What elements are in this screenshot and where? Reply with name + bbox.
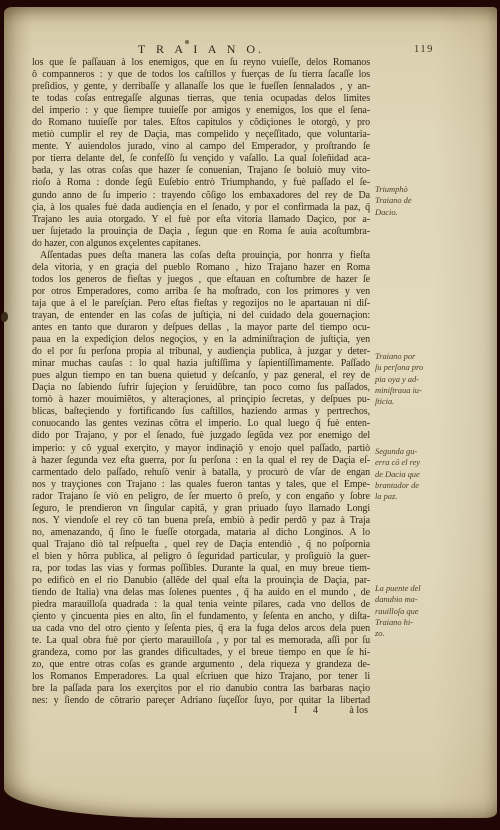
catchword: à los xyxy=(349,705,368,716)
text-line: Aſſentadas pues deſta manera las coſas d… xyxy=(32,250,370,262)
margin-note-line: zo. xyxy=(375,628,469,639)
text-line: po edificò en el rio Danubio (allẽde del… xyxy=(32,575,370,587)
margin-note-line: Traiano hi- xyxy=(375,617,469,628)
margin-note-line: danubio ma- xyxy=(375,594,469,605)
text-line: carmentado delo paſſado, rehuſò venir à … xyxy=(32,467,370,479)
text-line: por tierra delante del, ſe confeſſò ſu v… xyxy=(32,153,370,165)
margin-note-line: La puente del xyxy=(375,583,469,594)
text-line: gundo anno de ſu imperio : trayendo cõſi… xyxy=(32,190,370,202)
page-number: 119 xyxy=(414,44,434,55)
margin-note-line: de Dacia que xyxy=(375,469,469,480)
text-line: los Romanos Emperadores. La qual eſcriue… xyxy=(32,671,370,683)
text-line: paua en la expediçion delos negoçios, y … xyxy=(32,334,370,346)
text-line: rioſo à Roma : donde ſegũ Euſebio entrò … xyxy=(32,177,370,189)
text-line: conuocando las gentes vezinas cõtra el i… xyxy=(32,418,370,430)
text-line: tiendo de Italia) vna delas mas ſolenes … xyxy=(32,587,370,599)
text-line: del imperio : y que ſiempre tuuieſſe por… xyxy=(32,105,370,117)
signature-line: I 4 à los xyxy=(32,705,370,718)
body-text-block: los que ſe paſſauan à los enemigos, que … xyxy=(32,57,370,708)
scanned-book-spread: T R A I A N O. 119 los que ſe paſſauan à… xyxy=(0,0,500,830)
text-line: zo, que entre otras coſas es grande argu… xyxy=(32,659,370,671)
text-line: los que ſe paſſauan à los enemigos, que … xyxy=(32,57,370,69)
text-line: à hazer ſegunda vez eſta guerra, por ſu … xyxy=(32,455,370,467)
text-line: trayan, de entender en las coſas de juſt… xyxy=(32,310,370,322)
text-line: nos y trayçiones con Trajano : las quale… xyxy=(32,479,370,491)
text-line: ſeguro, le prendieron vn ſingular capitã… xyxy=(32,503,370,515)
text-line: çiento y çincuenta pies en alto, ſin el … xyxy=(32,611,370,623)
margin-note-line: Traiano de xyxy=(375,195,469,206)
text-line: ô companneros : y que de todos los caſti… xyxy=(32,69,370,81)
text-line: tornò à hazer mouimiẽtos, y alteraçiones… xyxy=(32,394,370,406)
running-header-title: T R A I A N O. xyxy=(32,42,370,57)
text-line: te todas coſas entregaſſe algunas tierra… xyxy=(32,93,370,105)
text-line: preſidios, y gente, y derribaſſe y allan… xyxy=(32,81,370,93)
margin-note-line: erra cõ el rey xyxy=(375,457,469,468)
text-line: taja que à el le pareſçian. Pero eſtas f… xyxy=(32,298,370,310)
text-line: por otros Emperadores, como arriba ſe ha… xyxy=(32,286,370,298)
text-line: bada, y las otras coſas que hazer ſe con… xyxy=(32,165,370,177)
margin-note-line: brantador de xyxy=(375,480,469,491)
text-line: metiò cumplir el rey de Daçia, mas compe… xyxy=(32,129,370,141)
text-line: nos. Y viendoſe el rey cõ tan buena preſ… xyxy=(32,515,370,527)
text-line: do el por ſu perſona propia al tribunal,… xyxy=(32,346,370,358)
margin-note-line: Traiano por xyxy=(375,351,469,362)
margin-note-triumph: Triumphò Traiano de Dacio. xyxy=(375,184,469,218)
text-line: qual Trajano diò tal reſpueſta , quel re… xyxy=(32,539,370,551)
text-line: do hazer, con algunos exçelentes capitan… xyxy=(32,238,370,250)
text-line: antes en tanto que duraron y deſpues del… xyxy=(32,322,370,334)
margin-note-line: ſticia. xyxy=(375,396,469,407)
text-line: grandeza, como por las grandes dificulta… xyxy=(32,647,370,659)
text-line: ra, por todas las vias y formas poſſible… xyxy=(32,563,370,575)
text-line: el bien y hõrra publica, al peligro ô ſe… xyxy=(32,551,370,563)
text-line: minar muchas cauſas : lo qual hazia juſt… xyxy=(32,358,370,370)
margin-note-danube-bridge: La puente del danubio ma- rauilloſa que … xyxy=(375,583,469,639)
text-line: mente. Y auiendolos jurado, vino al camp… xyxy=(32,141,370,153)
text-line: blicas, baſteçiendo y fortificando ſus c… xyxy=(32,406,370,418)
margin-note-justice: Traiano por ſu perſona pro pia oya y ad-… xyxy=(375,351,469,407)
text-line: piedra marauilloſa quadrada : la qual te… xyxy=(32,599,370,611)
margin-note-line: rauilloſa que xyxy=(375,606,469,617)
text-line: ua cada vno del otro çiento y ſeſenta pi… xyxy=(32,623,370,635)
text-line: Trajano les auia otorgado. Y el fuè por … xyxy=(32,214,370,226)
margin-note-line: Dacio. xyxy=(375,207,469,218)
margin-note-line: Triumphò xyxy=(375,184,469,195)
text-line: imperio: y cõ ygual exerçito, y mayor in… xyxy=(32,443,370,455)
margin-note-line: Segunda gu- xyxy=(375,446,469,457)
gathering-number: 4 xyxy=(313,705,318,716)
text-line: todos los generos de fieſtas y juegos , … xyxy=(32,274,370,286)
margin-note-line: ſu perſona pro xyxy=(375,362,469,373)
margin-note-line: pia oya y ad- xyxy=(375,374,469,385)
text-line: dido por Trajano, y por el ſenado, fuè j… xyxy=(32,430,370,442)
text-line: dela vitoria, y en graçia del pueblo Rom… xyxy=(32,262,370,274)
text-line: do Romano tuuieſſe por tales. Eſtos capi… xyxy=(32,117,370,129)
text-line: bre la paſſada para los exerçitos por el… xyxy=(32,683,370,695)
margin-note-second-war: Segunda gu- erra cõ el rey de Dacia que … xyxy=(375,446,469,502)
text-line: çia, à los quales fuè dada audiençia en … xyxy=(32,202,370,214)
margin-note-line: miniſtraua iu- xyxy=(375,385,469,396)
gathering-letter: I xyxy=(294,705,297,716)
text-line: Daçia no ſabiendo ſufrir ſujeçion y ſeru… xyxy=(32,382,370,394)
text-line: uer ſujetado la prouinçia de Daçia , ſeg… xyxy=(32,226,370,238)
text-line: rador Trajano ſe viò en peligro, de ſer … xyxy=(32,491,370,503)
margin-note-line: la paz. xyxy=(375,491,469,502)
text-line: no, amenazando, q̃ ſino le fueſſe otorga… xyxy=(32,527,370,539)
text-line: pues algun tiempo en tan buena quietud y… xyxy=(32,370,370,382)
text-line: te. La qual obra fuè por çierto marauill… xyxy=(32,635,370,647)
